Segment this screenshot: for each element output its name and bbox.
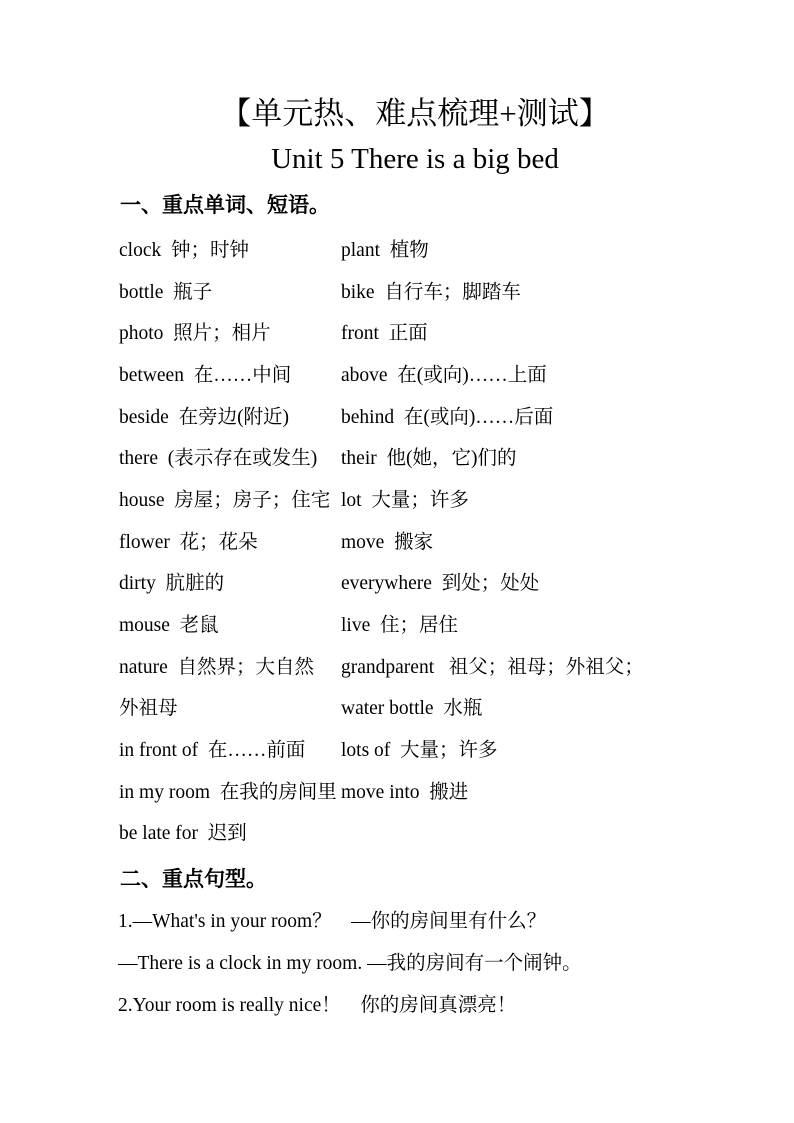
vocab-row: between 在……中间 above 在(或向)……上面: [119, 352, 794, 394]
vocab-right-entry: everywhere 到处；处处: [341, 567, 794, 595]
vocab-left-entry: between 在……中间: [119, 359, 341, 387]
vocab-right-entry: grandparent 祖父；祖母；外祖父；: [341, 651, 794, 679]
vocab-right-entry: plant 植物: [341, 234, 794, 262]
vocab-row: there (表示存在或发生) their 他(她，它)们的: [119, 435, 794, 477]
vocab-row: flower 花；花朵 move 搬家: [119, 519, 794, 561]
vocab-left-entry: bottle 瓶子: [119, 276, 341, 304]
vocab-right-entry: move into 搬进: [341, 776, 794, 804]
vocab-right-entry: above 在(或向)……上面: [341, 359, 794, 387]
vocab-right-entry: water bottle 水瓶: [341, 692, 794, 720]
vocab-right-entry: behind 在(或向)……后面: [341, 401, 794, 429]
vocab-right-entry: front 正面: [341, 317, 794, 345]
section-words-heading: 一、重点单词、短语。: [120, 193, 794, 219]
vocab-row: house 房屋；房子；住宅 lot 大量；许多: [119, 477, 794, 519]
vocab-left-entry: beside 在旁边(附近): [119, 401, 341, 429]
vocab-left-entry: there (表示存在或发生): [119, 442, 341, 470]
vocab-right-entry: move 搬家: [341, 526, 794, 554]
vocab-right-entry: lots of 大量；许多: [341, 734, 794, 762]
vocab-left-entry: nature 自然界；大自然: [119, 651, 341, 679]
vocab-left-entry: in my room 在我的房间里: [119, 776, 341, 804]
vocab-row: clock 钟；时钟 plant 植物: [119, 227, 794, 269]
vocab-row: in my room 在我的房间里 move into 搬进: [119, 769, 794, 811]
vocab-row: be late for 迟到: [119, 811, 794, 853]
document-page: 【单元热、难点梳理+测试】 Unit 5 There is a big bed …: [0, 0, 794, 1123]
sentence-line: 2.Your room is really nice！ 你的房间真漂亮！: [118, 982, 794, 1024]
section-sentences-heading: 二、重点句型。: [120, 867, 794, 893]
vocab-row: bottle 瓶子 bike 自行车；脚踏车: [119, 269, 794, 311]
document-title: 【单元热、难点梳理+测试】: [120, 92, 710, 136]
vocab-row: 外祖母 water bottle 水瓶: [119, 686, 794, 728]
vocab-row: beside 在旁边(附近) behind 在(或向)……后面: [119, 394, 794, 436]
vocab-left-entry: mouse 老鼠: [119, 609, 341, 637]
vocab-left-entry: in front of 在……前面: [119, 734, 341, 762]
vocab-row: nature 自然界；大自然 grandparent 祖父；祖母；外祖父；: [119, 644, 794, 686]
vocab-left-entry: be late for 迟到: [119, 817, 341, 845]
unit-title: Unit 5 There is a big bed: [120, 140, 710, 178]
vocab-row: dirty 肮脏的 everywhere 到处；处处: [119, 561, 794, 603]
vocab-right-entry: their 他(她，它)们的: [341, 442, 794, 470]
vocab-row: in front of 在……前面 lots of 大量；许多: [119, 727, 794, 769]
vocab-right-entry: live 住；居住: [341, 609, 794, 637]
vocab-left-entry: 外祖母: [119, 692, 341, 720]
vocab-left-entry: flower 花；花朵: [119, 526, 341, 554]
vocab-left-entry: clock 钟；时钟: [119, 234, 341, 262]
vocab-row: photo 照片；相片 front 正面: [119, 310, 794, 352]
sentence-line: —There is a clock in my room. —我的房间有一个闹钟…: [118, 940, 794, 982]
sentence-list: 1.—What's in your room？ —你的房间里有什么？ —Ther…: [118, 898, 794, 1023]
vocab-left-entry: photo 照片；相片: [119, 317, 341, 345]
sentence-line: 1.—What's in your room？ —你的房间里有什么？: [118, 898, 794, 940]
vocab-list: clock 钟；时钟 plant 植物 bottle 瓶子 bike 自行车；脚…: [119, 227, 794, 852]
vocab-left-entry: dirty 肮脏的: [119, 567, 341, 595]
vocab-left-entry: house 房屋；房子；住宅: [119, 484, 341, 512]
vocab-right-entry: bike 自行车；脚踏车: [341, 276, 794, 304]
vocab-row: mouse 老鼠 live 住；居住: [119, 602, 794, 644]
vocab-right-entry: lot 大量；许多: [341, 484, 794, 512]
